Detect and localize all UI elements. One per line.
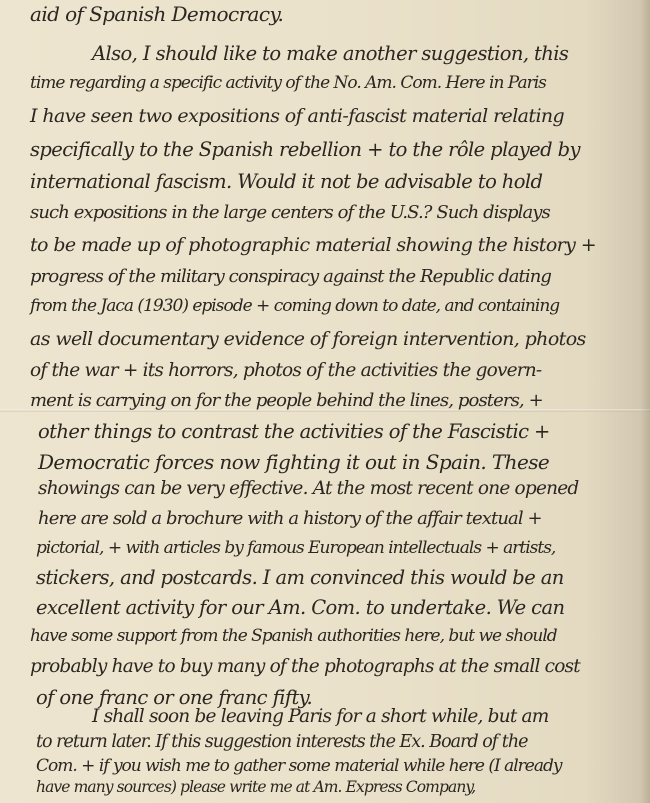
- letter-line-11: as well documentary evidence of foreign …: [30, 328, 586, 350]
- letter-line-22: probably have to buy many of the photogr…: [30, 656, 580, 677]
- letter-line-19: stickers, and postcards. I am convinced …: [36, 566, 564, 589]
- letter-line-17: here are sold a brochure with a history …: [38, 508, 542, 529]
- letter-page: aid of Spanish Democracy. Also, I should…: [0, 0, 650, 803]
- letter-line-25: to return later. If this suggestion inte…: [36, 732, 527, 752]
- letter-line-15: Democratic forces now fighting it out in…: [38, 450, 549, 474]
- letter-line-18: pictorial, + with articles by famous Eur…: [36, 538, 555, 558]
- letter-line-7: such expositions in the large centers of…: [30, 202, 550, 223]
- letter-line-1: aid of Spanish Democracy.: [30, 2, 283, 26]
- letter-line-9: progress of the military conspiracy agai…: [30, 266, 551, 287]
- letter-line-5: specifically to the Spanish rebellion + …: [30, 138, 580, 161]
- letter-line-4: I have seen two expositions of anti-fasc…: [30, 105, 564, 127]
- letter-line-2: Also, I should like to make another sugg…: [92, 42, 568, 65]
- letter-line-14: other things to contrast the activities …: [38, 420, 550, 443]
- letter-line-10: from the Jaca (1930) episode + coming do…: [30, 296, 559, 316]
- paper-edge-shadow: [640, 0, 650, 803]
- letter-line-20: excellent activity for our Am. Com. to u…: [36, 596, 565, 619]
- letter-line-6: international fascism. Would it not be a…: [30, 170, 542, 193]
- letter-line-24: I shall soon be leaving Paris for a shor…: [92, 706, 549, 727]
- letter-line-21: have some support from the Spanish autho…: [30, 626, 557, 646]
- letter-line-16: showings can be very effective. At the m…: [38, 478, 578, 499]
- letter-line-27: have many sources) please write me at Am…: [36, 778, 475, 796]
- letter-line-13: ment is carrying on for the people behin…: [30, 390, 543, 411]
- letter-line-8: to be made up of photographic material s…: [30, 234, 596, 256]
- letter-line-3: time regarding a specific activity of th…: [30, 73, 546, 93]
- letter-line-12: of the war + its horrors, photos of the …: [30, 360, 541, 381]
- letter-line-26: Com. + if you wish me to gather some mat…: [36, 756, 561, 776]
